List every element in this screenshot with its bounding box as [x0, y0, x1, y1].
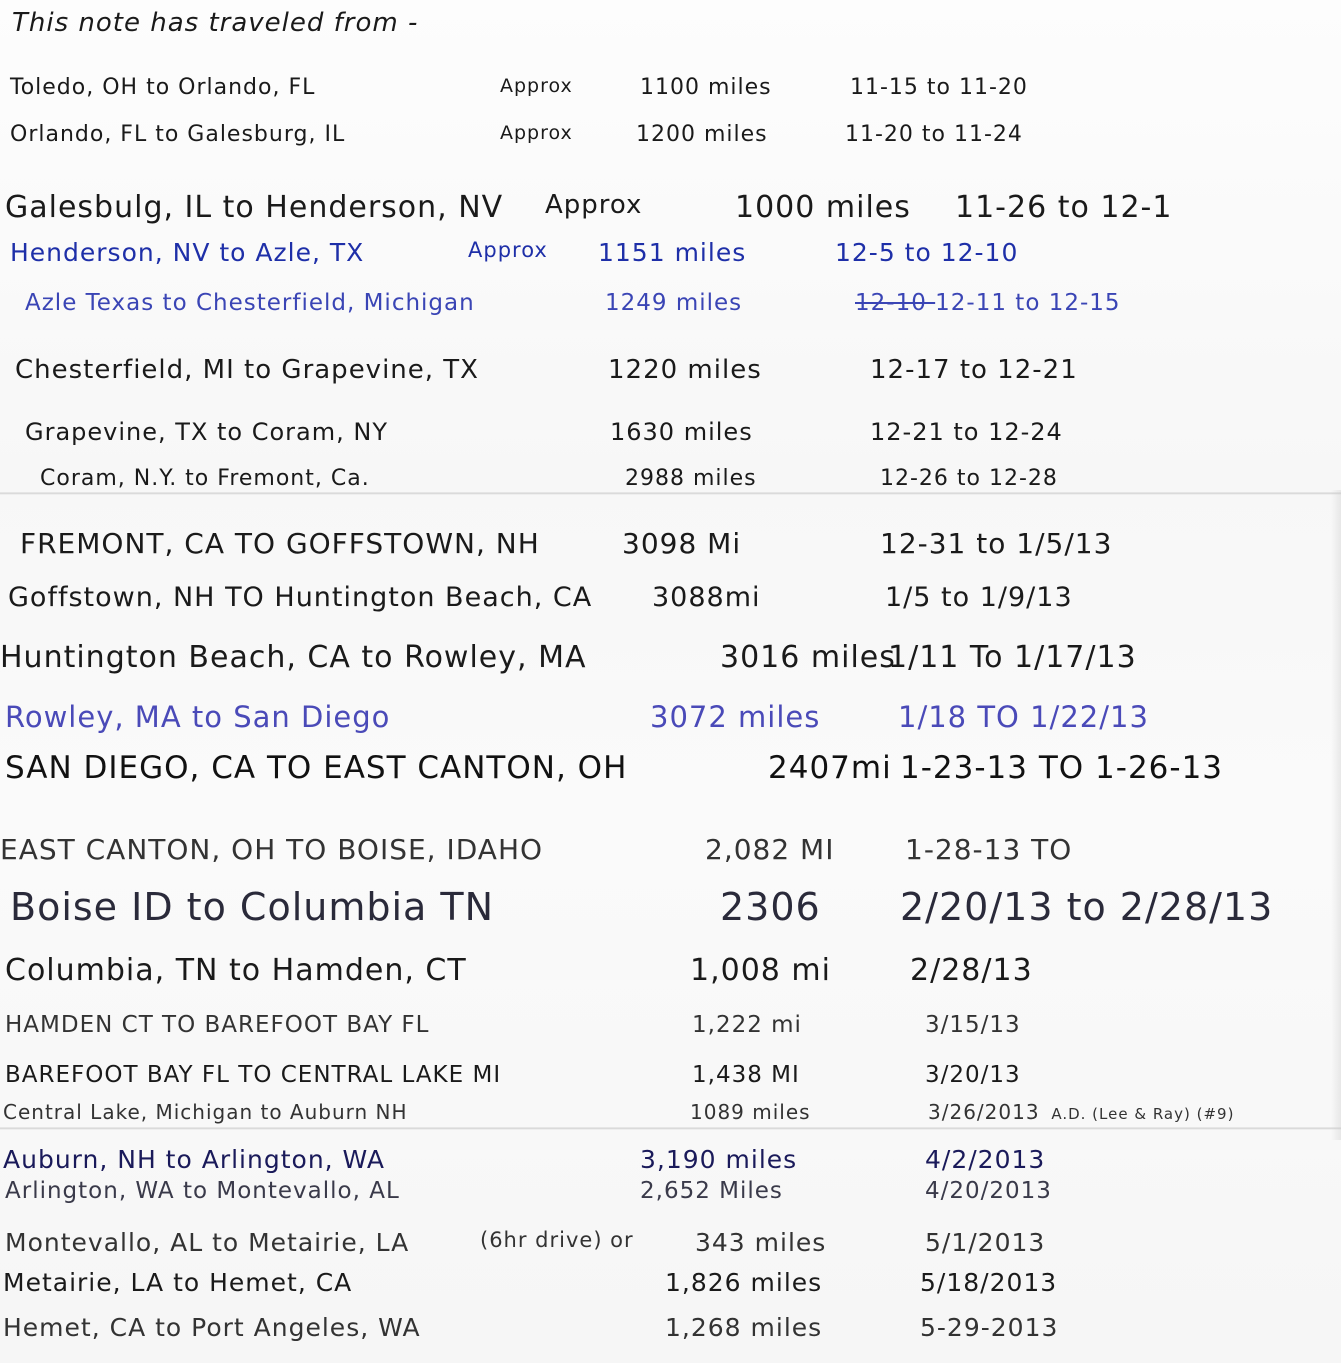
leg-distance: 1200 miles [636, 122, 768, 147]
leg-dates: 3/20/13 [925, 1062, 1021, 1088]
leg-route: EAST CANTON, OH TO BOISE, IDAHO [0, 833, 543, 866]
leg-distance: 1220 miles [608, 355, 762, 385]
leg-dates: 12-5 to 12-10 [835, 238, 1018, 267]
travel-leg-row: Montevallo, AL to Metairie, LA(6hr drive… [0, 1228, 1341, 1265]
leg-distance: 2,082 MI [705, 833, 834, 866]
leg-approx-label: Approx [500, 75, 573, 97]
leg-dates: 1-23-13 TO 1-26-13 [900, 750, 1223, 786]
corrected-date: 12-11 to 12-15 [935, 290, 1120, 316]
leg-dates: 11-20 to 11-24 [845, 122, 1023, 147]
travel-leg-row: EAST CANTON, OH TO BOISE, IDAHO2,082 MI1… [0, 833, 1341, 873]
leg-distance: 3088mi [652, 582, 761, 613]
leg-distance: 1151 miles [598, 238, 746, 267]
leg-route: Auburn, NH to Arlington, WA [3, 1145, 385, 1174]
leg-distance: 2,652 Miles [640, 1178, 783, 1204]
leg-route: Henderson, NV to Azle, TX [10, 238, 364, 267]
leg-distance: 1,268 miles [665, 1313, 822, 1342]
leg-dates: 3/15/13 [925, 1012, 1021, 1038]
leg-route: Chesterfield, MI to Grapevine, TX [15, 355, 479, 385]
leg-distance: 2988 miles [625, 466, 757, 491]
leg-distance: 1630 miles [610, 418, 753, 446]
leg-route: Rowley, MA to San Diego [5, 700, 390, 734]
leg-dates: 2/28/13 [910, 953, 1033, 988]
travel-leg-row: Coram, N.Y. to Fremont, Ca.2988 miles12-… [0, 466, 1341, 500]
leg-route: Coram, N.Y. to Fremont, Ca. [40, 466, 370, 491]
leg-dates: 12-21 to 12-24 [870, 418, 1063, 446]
leg-dates: 4/20/2013 [925, 1178, 1052, 1204]
leg-route: BAREFOOT BAY FL TO CENTRAL LAKE MI [5, 1062, 501, 1088]
travel-leg-row: Columbia, TN to Hamden, CT1,008 mi2/28/1… [0, 953, 1341, 995]
leg-dates: 1/5 to 1/9/13 [885, 582, 1073, 613]
leg-approx-label: Approx [468, 238, 548, 262]
leg-route: FREMONT, CA TO GOFFSTOWN, NH [20, 527, 540, 560]
leg-dates: 12-17 to 12-21 [870, 355, 1078, 385]
leg-route: Columbia, TN to Hamden, CT [5, 953, 467, 988]
leg-dates: 2/20/13 to 2/28/13 [900, 885, 1273, 929]
leg-dates: 1/11 To 1/17/13 [888, 640, 1137, 675]
leg-distance: 3098 Mi [622, 527, 741, 560]
leg-route: Boise ID to Columbia TN [10, 885, 494, 929]
travel-leg-row: Chesterfield, MI to Grapevine, TX1220 mi… [0, 355, 1341, 393]
leg-dates: 5/18/2013 [920, 1268, 1057, 1297]
leg-route: Azle Texas to Chesterfield, Michigan [25, 290, 475, 316]
leg-route: Huntington Beach, CA to Rowley, MA [0, 640, 586, 675]
travel-leg-row: Grapevine, TX to Coram, NY1630 miles12-2… [0, 418, 1341, 454]
note-heading: This note has traveled from - [12, 8, 418, 38]
leg-distance: 1000 miles [735, 190, 911, 225]
leg-distance: 1,008 mi [690, 953, 831, 988]
leg-distance: 3072 miles [650, 700, 820, 734]
leg-dates: 12-10 12-11 to 12-15 [855, 290, 1121, 316]
leg-distance: 1249 miles [605, 290, 742, 316]
leg-route: HAMDEN CT TO BAREFOOT BAY FL [5, 1012, 429, 1038]
leg-dates: 1/18 TO 1/22/13 [898, 700, 1149, 734]
travel-leg-row: Auburn, NH to Arlington, WA3,190 miles4/… [0, 1145, 1341, 1182]
leg-route: Montevallo, AL to Metairie, LA [5, 1228, 409, 1257]
struck-date: 12-10 [855, 290, 935, 316]
leg-route: Toledo, OH to Orlando, FL [10, 75, 315, 100]
leg-route: Goffstown, NH TO Huntington Beach, CA [8, 582, 592, 613]
travel-leg-row: Orlando, FL to Galesburg, ILApprox1200 m… [0, 122, 1341, 156]
leg-route: SAN DIEGO, CA TO EAST CANTON, OH [5, 750, 627, 786]
travel-leg-row: Central Lake, Michigan to Auburn NH1089 … [0, 1100, 1341, 1132]
travel-leg-row: Azle Texas to Chesterfield, Michigan1249… [0, 290, 1341, 325]
travel-leg-row: Metairie, LA to Hemet, CA1,826 miles5/18… [0, 1268, 1341, 1305]
travel-leg-row: Rowley, MA to San Diego3072 miles1/18 TO… [0, 700, 1341, 741]
leg-distance: 3016 miles [720, 640, 896, 675]
leg-route: Arlington, WA to Montevallo, AL [5, 1178, 400, 1204]
leg-approx-label: Approx [500, 122, 573, 144]
leg-distance: 1,438 MI [692, 1062, 800, 1088]
travel-leg-row: Hemet, CA to Port Angeles, WA1,268 miles… [0, 1313, 1341, 1350]
leg-dates: 5/1/2013 [925, 1228, 1045, 1257]
travel-leg-row: Arlington, WA to Montevallo, AL2,652 Mil… [0, 1178, 1341, 1213]
leg-dates: 11-26 to 12-1 [955, 190, 1172, 225]
travel-leg-row: Toledo, OH to Orlando, FLApprox1100 mile… [0, 75, 1341, 109]
leg-approx-label: (6hr drive) or [480, 1228, 634, 1252]
leg-route: Galesbulg, IL to Henderson, NV [5, 190, 503, 225]
leg-distance: 2306 [720, 885, 821, 929]
leg-approx-label: Approx [545, 190, 642, 220]
travel-leg-row: Galesbulg, IL to Henderson, NVApprox1000… [0, 190, 1341, 232]
travel-leg-row: SAN DIEGO, CA TO EAST CANTON, OH2407mi1-… [0, 750, 1341, 793]
travel-leg-row: Goffstown, NH TO Huntington Beach, CA308… [0, 582, 1341, 621]
travel-leg-row: Henderson, NV to Azle, TXApprox1151 mile… [0, 238, 1341, 275]
leg-route: Orlando, FL to Galesburg, IL [10, 122, 345, 147]
travel-leg-row: FREMONT, CA TO GOFFSTOWN, NH3098 Mi12-31… [0, 527, 1341, 567]
leg-distance: 1,826 miles [665, 1268, 822, 1297]
leg-dates: 4/2/2013 [925, 1145, 1045, 1174]
leg-distance: 1100 miles [640, 75, 772, 100]
leg-route: Central Lake, Michigan to Auburn NH [3, 1100, 408, 1124]
leg-dates: 5-29-2013 [920, 1313, 1058, 1342]
leg-distance: 343 miles [695, 1228, 826, 1257]
leg-dates: 1-28-13 TO [905, 833, 1072, 866]
leg-distance: 3,190 miles [640, 1145, 797, 1174]
travel-leg-row: Huntington Beach, CA to Rowley, MA3016 m… [0, 640, 1341, 682]
leg-route: Metairie, LA to Hemet, CA [3, 1268, 352, 1297]
leg-route: Hemet, CA to Port Angeles, WA [3, 1313, 421, 1342]
leg-distance: 1,222 mi [692, 1012, 802, 1038]
leg-dates: 3/26/2013 A.D. (Lee & Ray) (#9) [928, 1100, 1234, 1124]
leg-route: Grapevine, TX to Coram, NY [25, 418, 388, 446]
travel-leg-row: Boise ID to Columbia TN23062/20/13 to 2/… [0, 885, 1341, 935]
leg-dates: 11-15 to 11-20 [850, 75, 1028, 100]
leg-note: A.D. (Lee & Ray) (#9) [1046, 1105, 1235, 1123]
travel-leg-row: HAMDEN CT TO BAREFOOT BAY FL1,222 mi3/15… [0, 1012, 1341, 1047]
travel-leg-row: BAREFOOT BAY FL TO CENTRAL LAKE MI1,438 … [0, 1062, 1341, 1097]
leg-dates: 12-31 to 1/5/13 [880, 527, 1112, 560]
leg-distance: 2407mi [768, 750, 892, 786]
leg-distance: 1089 miles [690, 1100, 811, 1124]
leg-dates: 12-26 to 12-28 [880, 466, 1058, 491]
